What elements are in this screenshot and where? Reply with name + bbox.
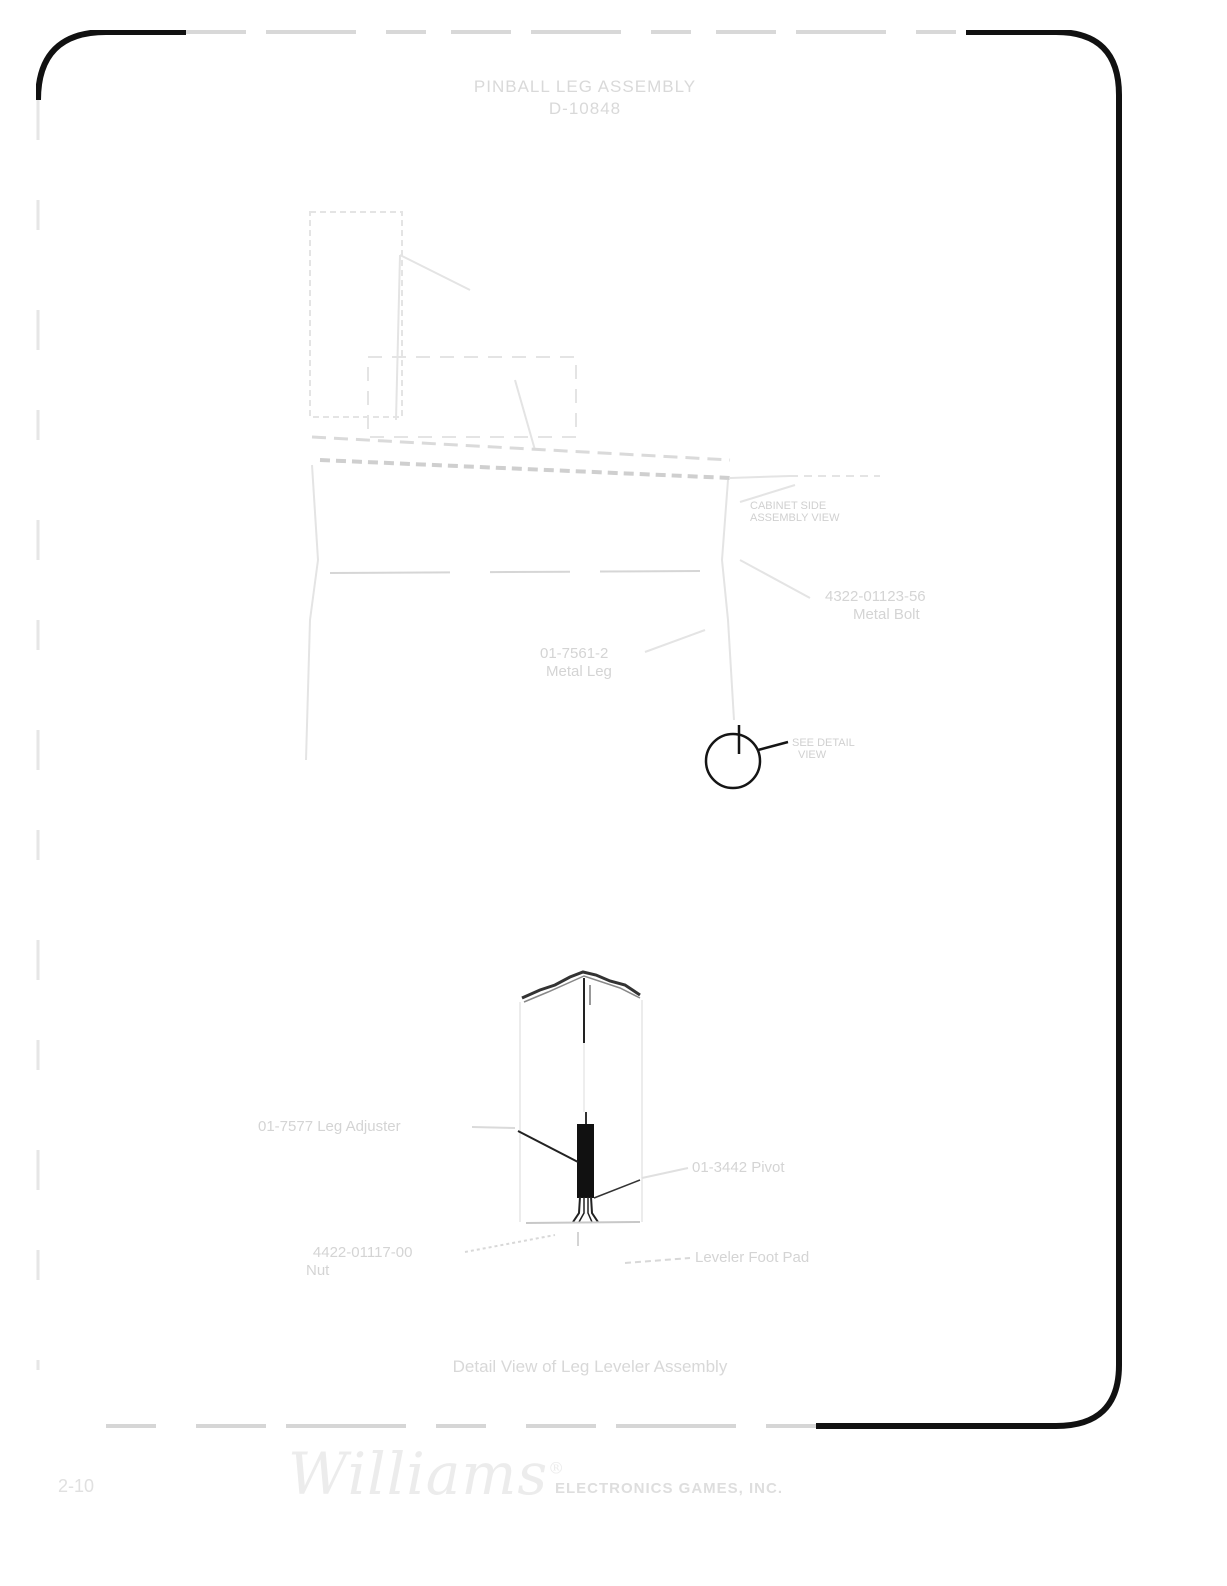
- brand-name: Williams: [288, 1440, 548, 1508]
- leveler-foot-pad-label: Leveler Foot Pad: [695, 1249, 809, 1267]
- nut-name: Nut: [306, 1262, 419, 1280]
- leg-adjuster-label: 01-7577 Leg Adjuster: [258, 1118, 401, 1136]
- page-number: 2-10: [58, 1476, 94, 1497]
- leg-leveler-detail-drawing: [0, 0, 1227, 1586]
- nut-part-number: 4422-01117-00: [306, 1244, 419, 1262]
- williams-logo: Williams®: [288, 1440, 565, 1508]
- nut-label: 4422-01117-00 Nut: [306, 1244, 419, 1280]
- company-name: ELECTRONICS GAMES, INC.: [555, 1480, 783, 1497]
- pivot-label: 01-3442 Pivot: [692, 1159, 785, 1177]
- detail-caption: Detail View of Leg Leveler Assembly: [0, 1357, 1180, 1377]
- registered-mark: ®: [548, 1459, 565, 1478]
